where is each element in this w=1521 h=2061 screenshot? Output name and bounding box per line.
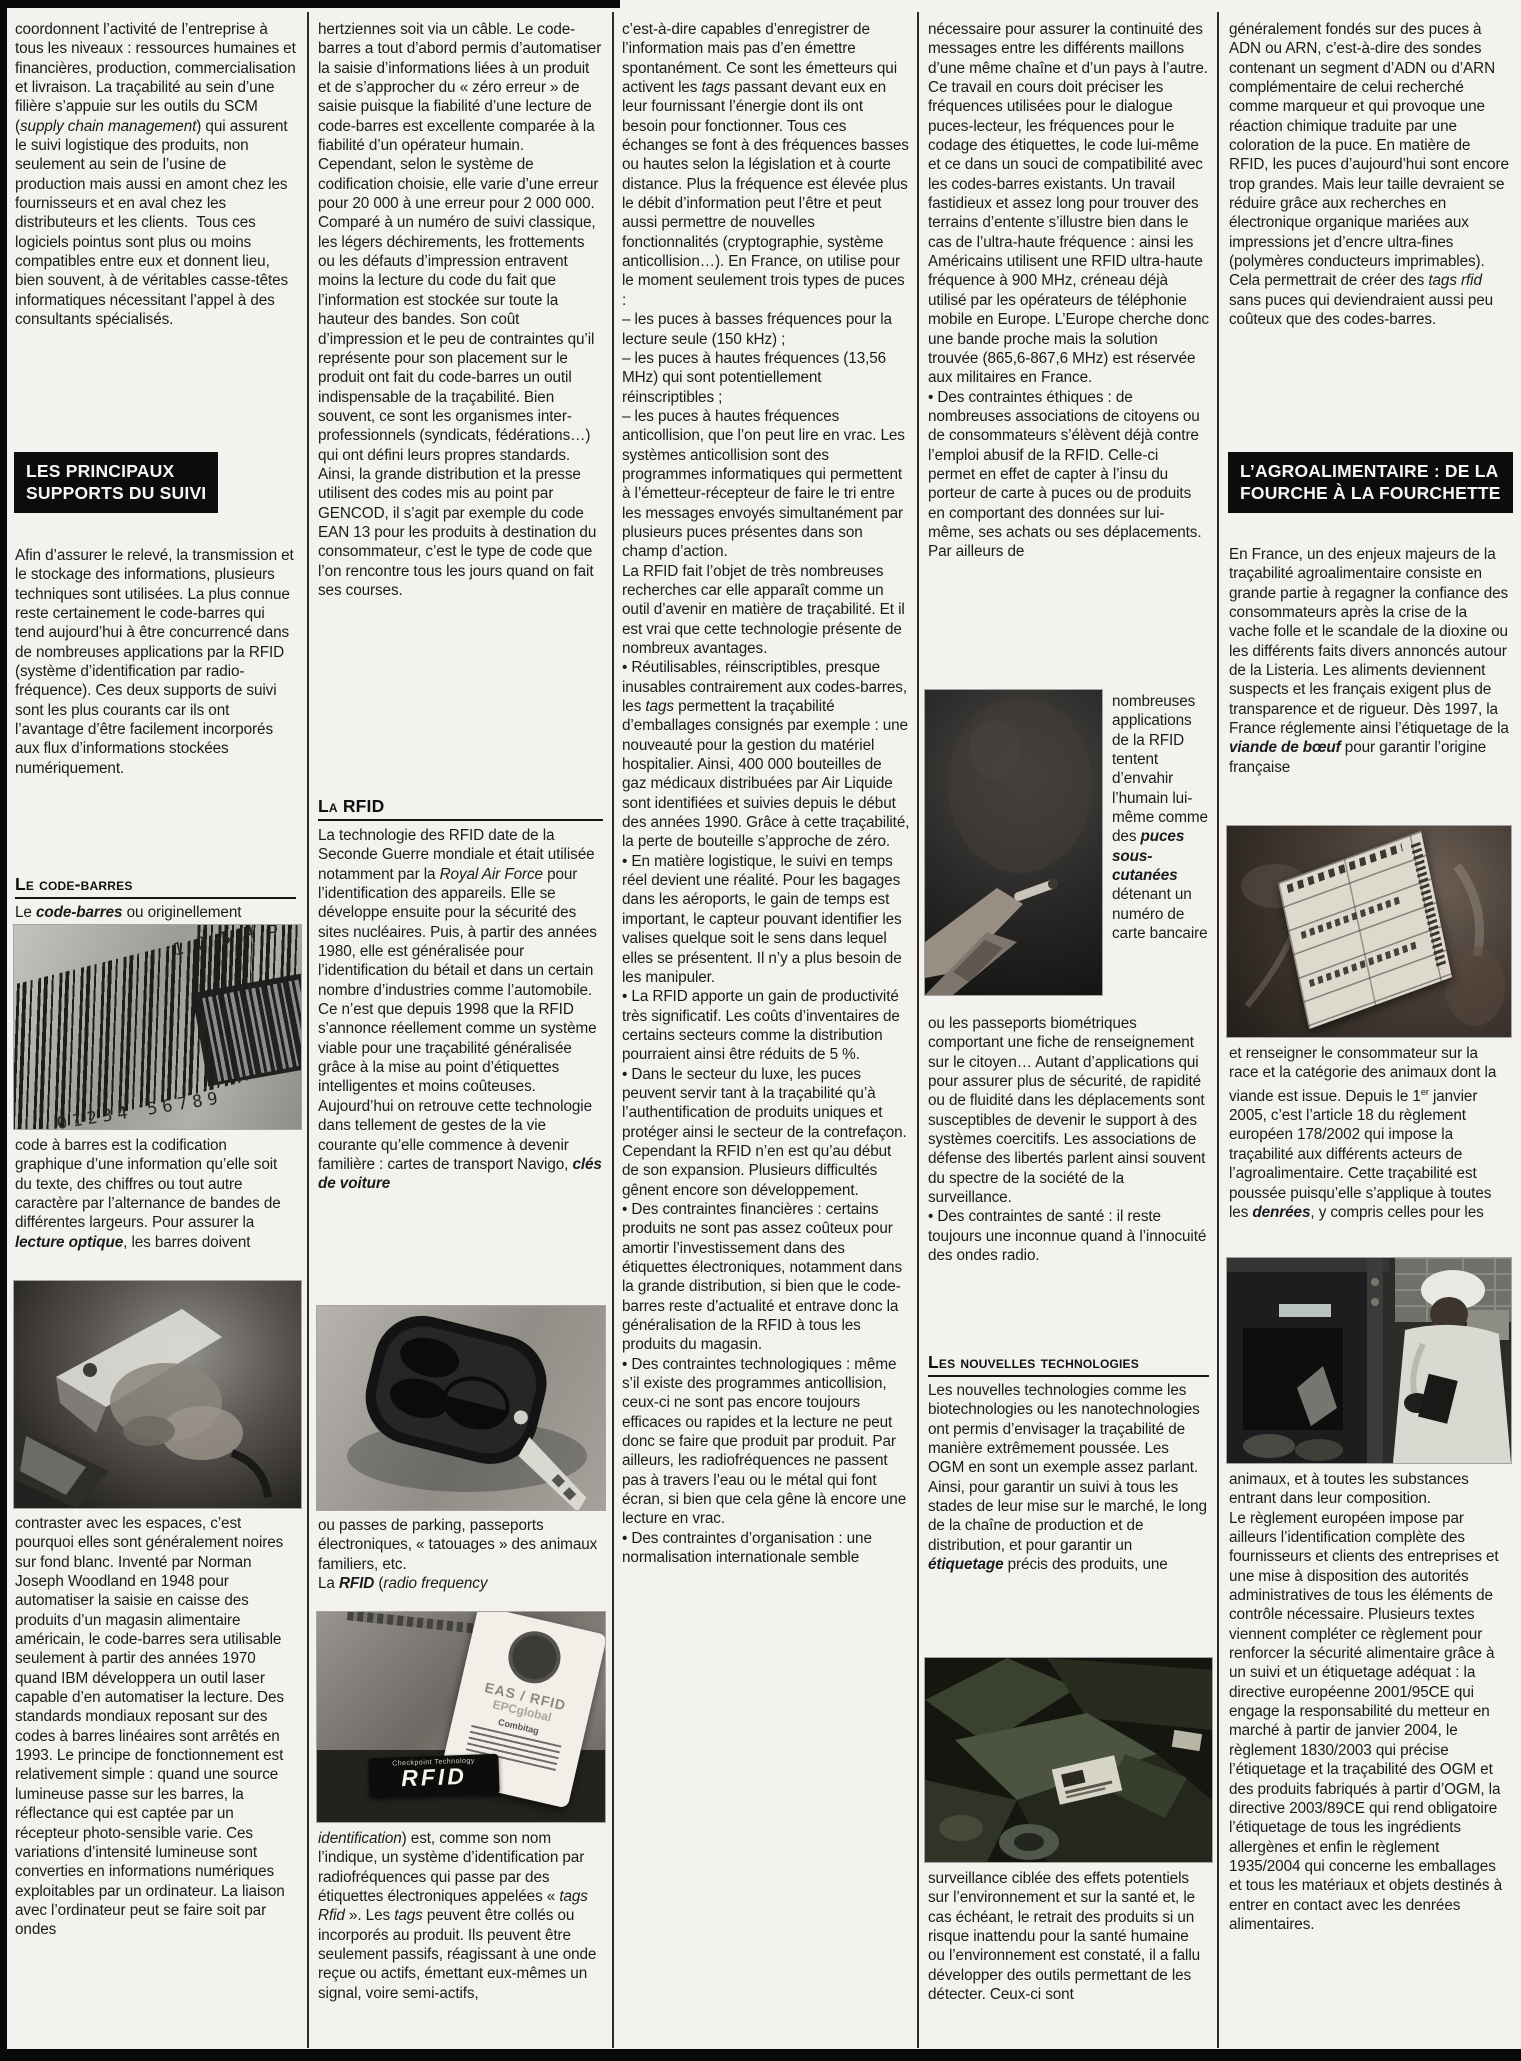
column-divider: [917, 12, 919, 2048]
article-paragraph: Le code-barres ou originellement: [15, 903, 296, 922]
page-border-bottom: [0, 2049, 1521, 2061]
article-paragraph: contraster avec les espaces, c’est pourq…: [15, 1514, 296, 1940]
section-header-supports-du-suivi: LES PRINCIPAUXSUPPORTS DU SUIVI: [14, 452, 218, 513]
column-divider: [1217, 12, 1219, 2048]
article-paragraph: généralement fondés sur des puces à ADN …: [1229, 20, 1510, 330]
article-paragraph: et renseigner le consommateur sur la rac…: [1229, 1044, 1510, 1222]
article-paragraph: ou passes de parking, passeports électro…: [318, 1516, 603, 1593]
rfid-tag-photo: EAS / RFID EPCglobal Combitag Checkpoint…: [317, 1612, 605, 1822]
beef-label-photo: [1227, 826, 1511, 1037]
food-inspection-photo: [1227, 1258, 1511, 1463]
subhead-les-nouvelles-technologies: Les nouvelles technologies: [928, 1352, 1209, 1377]
strip-text-rfid: RFID: [369, 1764, 500, 1791]
scanner-illustration: [14, 1281, 301, 1508]
article-wrap-text: nombreuses applications de la RFID tente…: [1112, 692, 1209, 943]
article-paragraph: La technologie des RFID date de la Secon…: [318, 826, 603, 1194]
column-divider: [612, 12, 614, 2048]
article-paragraph: hertziennes soit via un câble. Le code-b…: [318, 20, 603, 600]
article-paragraph: ou les passeports biométriques comportan…: [928, 1014, 1209, 1265]
column-divider: [307, 12, 309, 2048]
article-paragraph: identification) est, comme son nom l’ind…: [318, 1829, 603, 2003]
barcode-scanner-photo: [14, 1281, 301, 1508]
page-border-top: [0, 0, 620, 8]
article-paragraph: surveillance ciblée des effets potentiel…: [928, 1869, 1209, 2004]
implant-chip-photo: [925, 690, 1102, 995]
article-paragraph: c’est-à-dire capables d’enregistrer de l…: [622, 20, 910, 1568]
subhead-le-code-barres: Le code-barres: [15, 874, 296, 899]
implant-chip-illustration: [925, 690, 1102, 995]
packaged-goods-photo: [925, 1658, 1212, 1862]
article-paragraph: Les nouvelles technologies comme les bio…: [928, 1381, 1209, 1574]
article-paragraph: coordonnent l’activité de l’entreprise à…: [15, 20, 296, 330]
rfid-label-strip: Checkpoint Technology RFID: [368, 1754, 499, 1799]
barcode-photo: 12345 01234 56789: [14, 925, 301, 1129]
subhead-la-rfid: La RFID: [318, 796, 603, 821]
article-paragraph: Afin d’assurer le relevé, la transmissio…: [15, 546, 296, 778]
tag-logo-circle: [503, 1626, 565, 1688]
car-key-photo: [317, 1306, 605, 1510]
article-paragraph: En France, un des enjeux majeurs de la t…: [1229, 545, 1510, 777]
section-header-agroalimentaire: L’AGROALIMENTAIRE : DE LAFOURCHE À LA FO…: [1228, 452, 1513, 513]
packages-illustration: [925, 1658, 1212, 1862]
label-marks: [1309, 941, 1418, 987]
car-key-illustration: [317, 1306, 605, 1510]
article-paragraph: nécessaire pour assurer la continuité de…: [928, 20, 1209, 562]
magazine-page: coordonnent l’activité de l’entreprise à…: [0, 0, 1521, 2061]
inspection-illustration: [1227, 1258, 1511, 1463]
article-paragraph: code à barres est la codification graphi…: [15, 1136, 296, 1252]
page-border-left: [0, 0, 7, 2061]
label-marks: [1301, 896, 1402, 939]
article-paragraph: animaux, et à toutes les substances entr…: [1229, 1470, 1510, 1934]
